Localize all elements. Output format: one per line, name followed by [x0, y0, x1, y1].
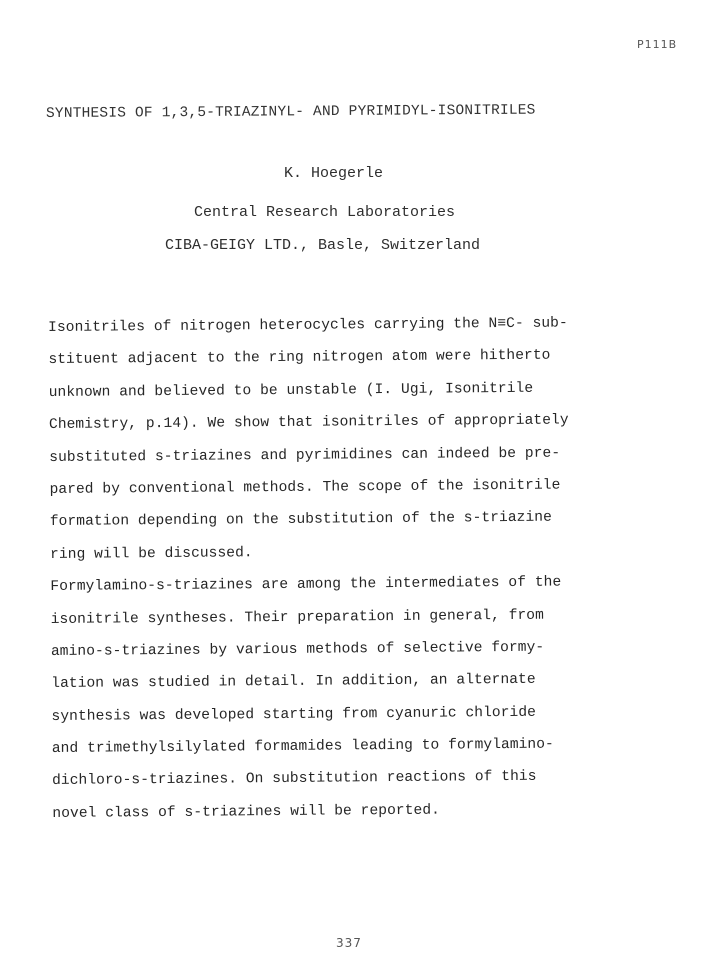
body-line: Isonitriles of nitrogen heterocycles car…	[48, 307, 648, 345]
body-line: and trimethylsilylated formamides leadin…	[52, 728, 652, 766]
body-line: unknown and believed to be unstable (I. …	[49, 372, 649, 410]
affiliation-institution: Central Research Laboratories	[194, 204, 455, 221]
body-line: ring will be discussed.	[50, 533, 650, 571]
body-line: synthesis was developed starting from cy…	[51, 695, 651, 733]
body-line: lation was studied in detail. In additio…	[51, 663, 651, 701]
body-line: pared by conventional methods. The scope…	[49, 469, 649, 507]
page-code: P111B	[637, 38, 677, 51]
body-line: stituent adjacent to the ring nitrogen a…	[48, 339, 648, 377]
body-line: dichloro-s-triazines. On substitution re…	[52, 760, 652, 798]
body-line: Chemistry, p.14). We show that isonitril…	[49, 404, 649, 442]
body-line: isonitrile syntheses. Their preparation …	[51, 598, 651, 636]
document-title: SYNTHESIS OF 1,3,5-TRIAZINYL- AND PYRIMI…	[46, 103, 536, 122]
page-number: 337	[336, 936, 362, 950]
body-line: substituted s-triazines and pyrimidines …	[49, 436, 649, 474]
body-line: novel class of s-triazines will be repor…	[52, 793, 652, 831]
abstract-body: Isonitriles of nitrogen heterocycles car…	[48, 307, 652, 830]
body-line: amino-s-triazines by various methods of …	[51, 631, 651, 669]
author-name: K. Hoegerle	[284, 165, 383, 182]
affiliation-location: CIBA-GEIGY LTD., Basle, Switzerland	[165, 237, 480, 254]
body-line: Formylamino-s-triazines are among the in…	[50, 566, 650, 604]
body-line: formation depending on the substitution …	[50, 501, 650, 539]
